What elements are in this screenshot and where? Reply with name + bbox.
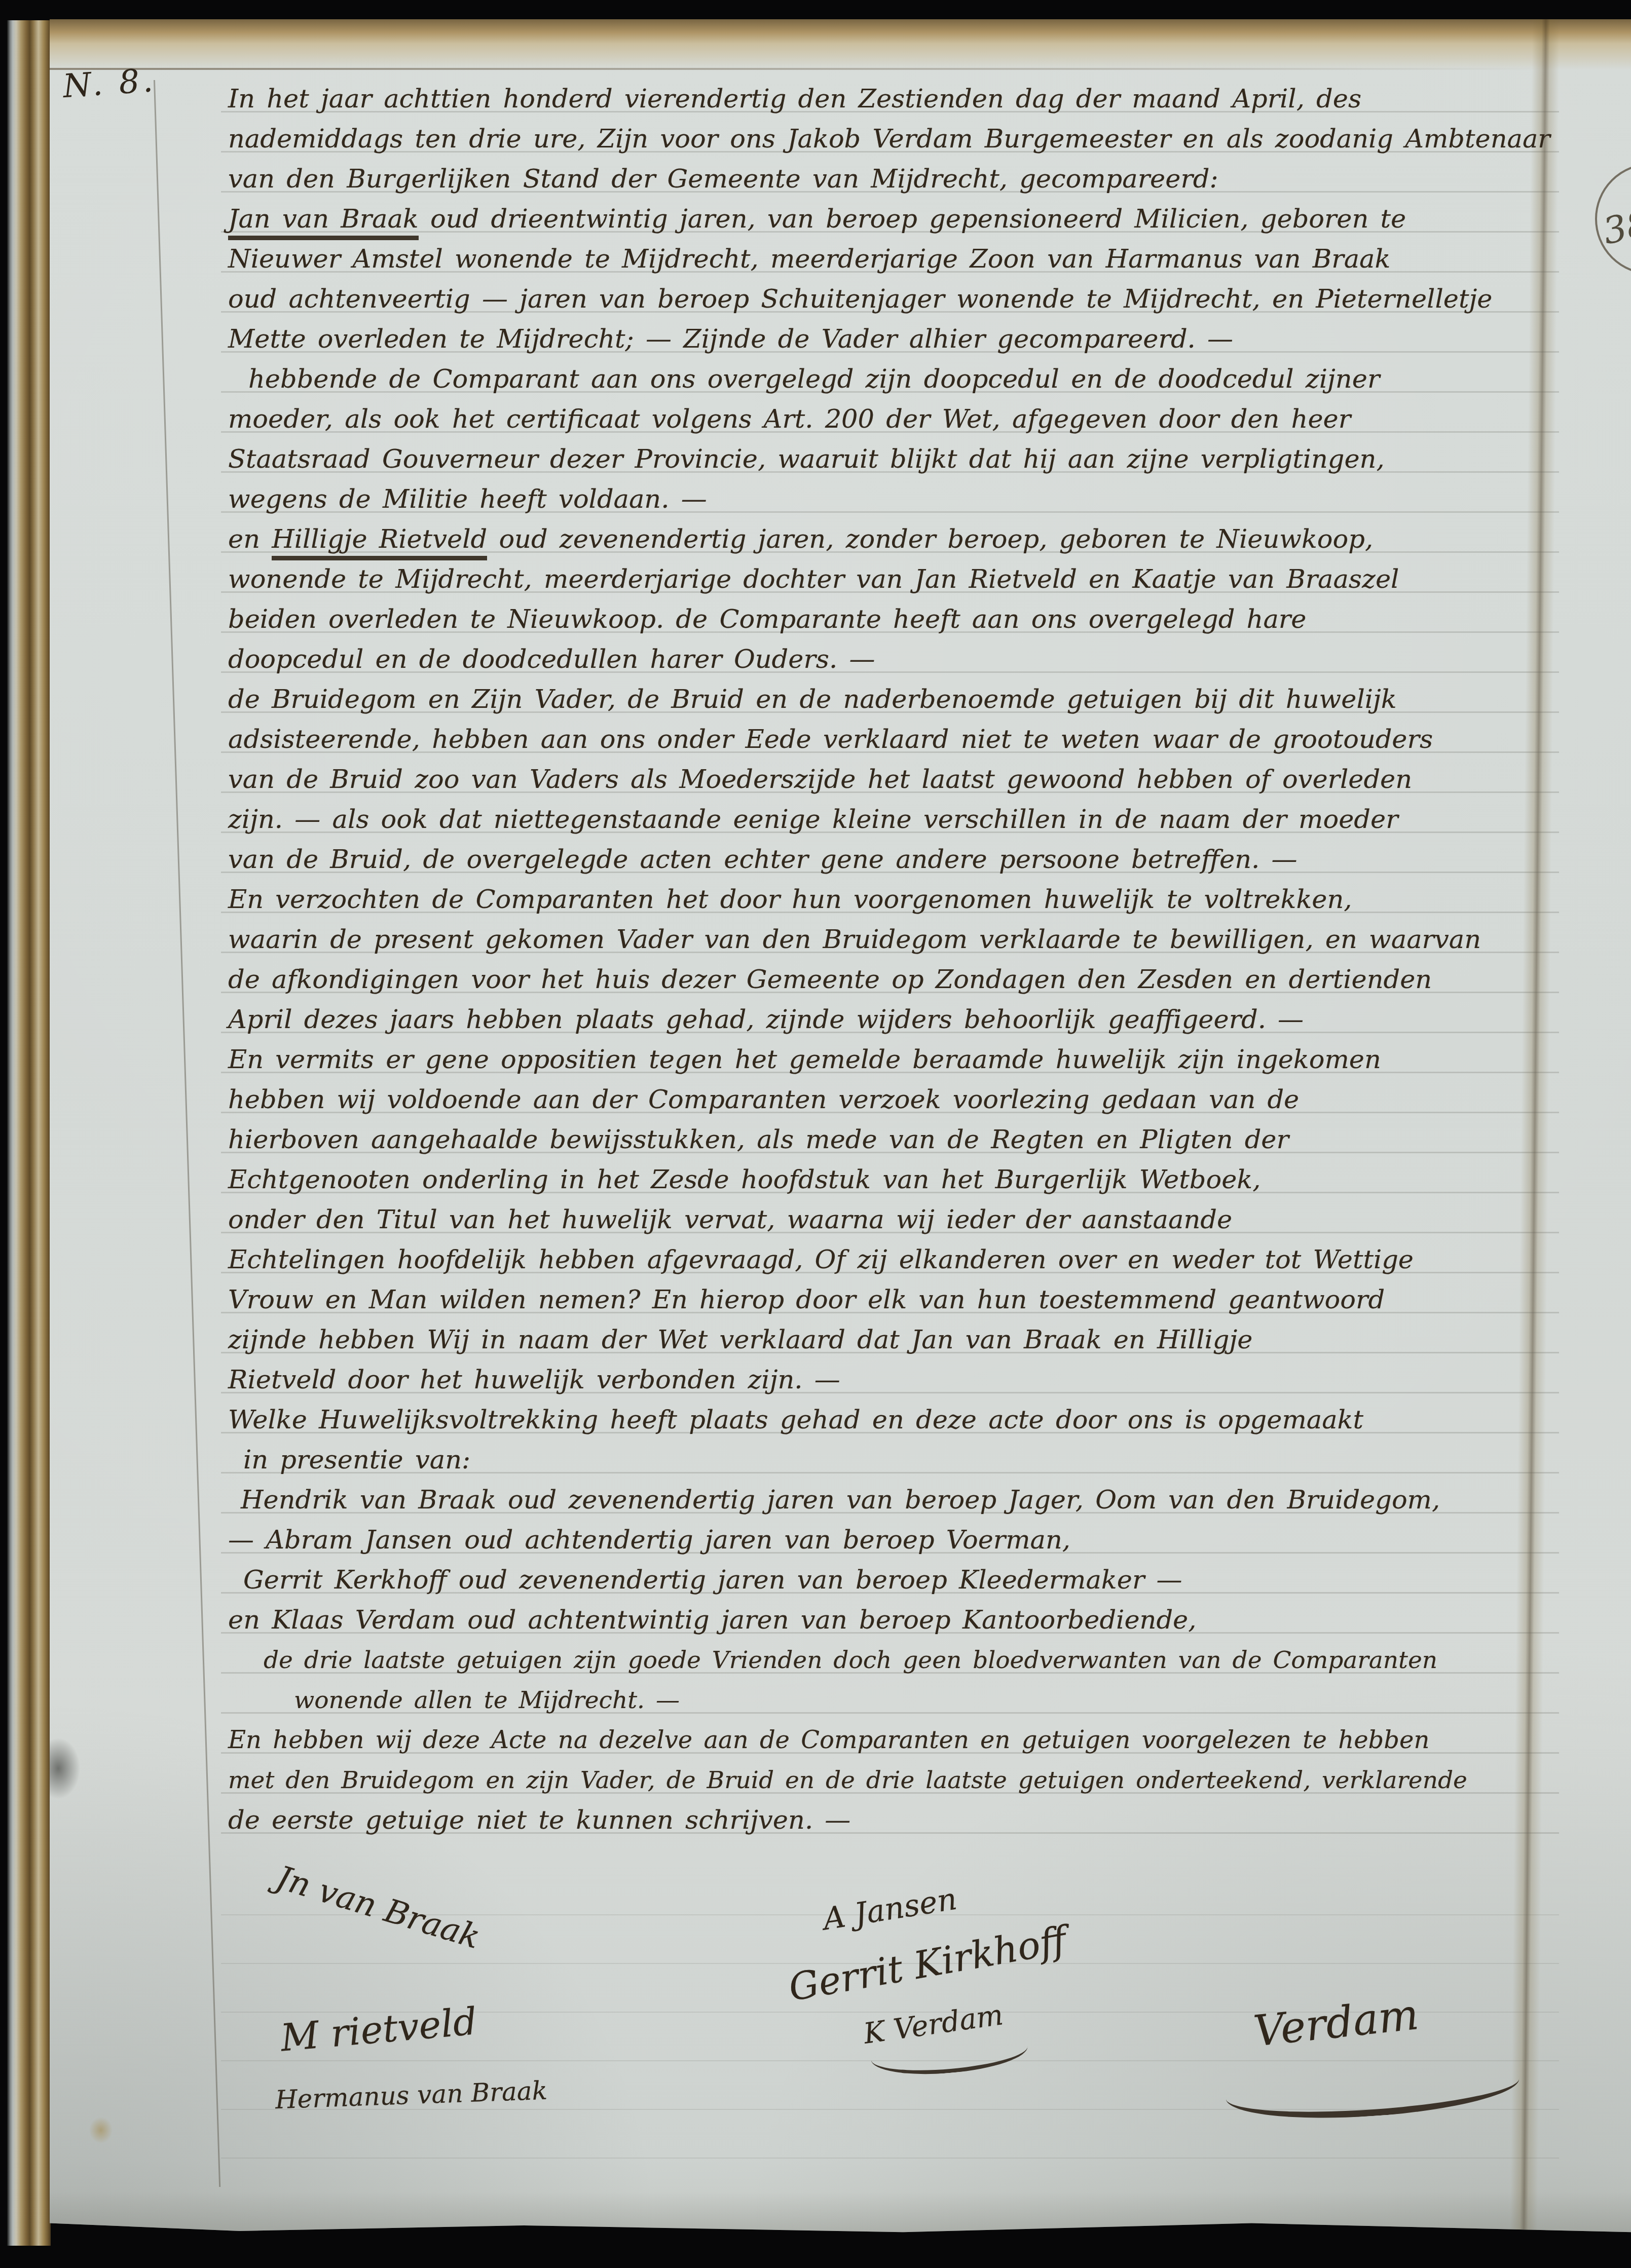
text-line: Staatsraad Gouverneur dezer Provincie, w…	[228, 439, 1597, 479]
text-line: de afkondigingen voor het huis dezer Gem…	[228, 960, 1597, 1000]
margin-rule-line	[154, 80, 220, 2187]
text-line: Mette overleden te Mijdrecht; — Zijnde d…	[228, 319, 1597, 359]
text-line: moeder, als ook het certificaat volgens …	[228, 399, 1597, 439]
text-line: oud achtenveertig — jaren van beroep Sch…	[228, 279, 1597, 319]
text-line: zijnde hebben Wij in naam der Wet verkla…	[228, 1320, 1597, 1360]
text-line: Echtelingen hoofdelijk hebben afgevraagd…	[228, 1240, 1597, 1280]
aged-top-edge	[50, 19, 1631, 70]
text-line: en Klaas Verdam oud achtentwintig jaren …	[228, 1600, 1597, 1640]
text-line: Jan van Braak oud drieentwintig jaren, v…	[228, 199, 1597, 239]
book-page-edges	[7, 20, 51, 2246]
text-line: Nieuwer Amstel wonende te Mijdrecht, mee…	[228, 239, 1597, 279]
ink-smudge-stain	[50, 1738, 80, 1799]
text-line: — Abram Jansen oud achtendertig jaren va…	[228, 1520, 1597, 1560]
text-line: waarin de present gekomen Vader van den …	[228, 920, 1597, 960]
text-line: wonende allen te Mijdrecht. —	[228, 1680, 1597, 1720]
text-line: En vermits er gene oppositien tegen het …	[228, 1040, 1597, 1080]
scanned-book-photo: { "colors": { "ink": "#32281c", "paper":…	[0, 0, 1631, 2268]
text-line: Hendrik van Braak oud zevenendertig jare…	[228, 1480, 1597, 1520]
text-line: Echtgenooten onderling in het Zesde hoof…	[228, 1160, 1597, 1200]
text-line: hierboven aangehaalde bewijsstukken, als…	[228, 1120, 1597, 1160]
text-line: hebben wij voldoende aan der Comparanten…	[228, 1080, 1597, 1120]
text-line: adsisteerende, hebben aan ons onder Eede…	[228, 720, 1597, 760]
text-line: van den Burgerlijken Stand der Gemeente …	[228, 159, 1597, 199]
round-stamp: 38	[1595, 163, 1631, 275]
bottom-edge-shading	[50, 2192, 1631, 2248]
act-number: N. 8.	[62, 62, 157, 106]
text-line: van de Bruid, de overgelegde acten echte…	[228, 840, 1597, 880]
text-line: En hebben wij deze Acte na dezelve aan d…	[228, 1720, 1597, 1760]
text-line: de Bruidegom en Zijn Vader, de Bruid en …	[228, 679, 1597, 720]
text-line: Rietveld door het huwelijk verbonden zij…	[228, 1360, 1597, 1400]
text-line: wonende te Mijdrecht, meerderjarige doch…	[228, 559, 1597, 599]
text-line: Gerrit Kerkhoff oud zevenendertig jaren …	[228, 1560, 1597, 1600]
text-line: beiden overleden te Nieuwkoop. de Compar…	[228, 599, 1597, 639]
text-line: van de Bruid zoo van Vaders als Moedersz…	[228, 760, 1597, 800]
text-line: wegens de Militie heeft voldaan. —	[228, 479, 1597, 519]
body-lines: In het jaar achttien honderd vierenderti…	[228, 79, 1597, 1840]
text-line: doopcedul en de doodcedullen harer Ouder…	[228, 639, 1597, 679]
text-line: hebbende de Comparant aan ons overgelegd…	[228, 359, 1597, 399]
text-line: en Hilligje Rietveld oud zevenendertig j…	[228, 519, 1597, 559]
text-line: Vrouw en Man wilden nemen? En hierop doo…	[228, 1280, 1597, 1320]
text-line: nademiddags ten drie ure, Zijn voor ons …	[228, 119, 1597, 159]
text-line: onder den Titul van het huwelijk vervat,…	[228, 1200, 1597, 1240]
text-line: de drie laatste getuigen zijn goede Vrie…	[228, 1640, 1597, 1680]
yellow-stain	[89, 2117, 113, 2143]
text-line: In het jaar achttien honderd vierenderti…	[228, 79, 1597, 119]
document-page: N. 8. 38 In het jaar achttien honderd vi…	[50, 19, 1631, 2248]
text-line: de eerste getuige niet te kunnen schrijv…	[228, 1800, 1597, 1840]
text-line: En verzochten de Comparanten het door hu…	[228, 880, 1597, 920]
text-line: Welke Huwelijksvoltrekking heeft plaats …	[228, 1400, 1597, 1440]
text-line: zijn. — als ook dat niettegenstaande een…	[228, 800, 1597, 840]
text-line: met den Bruidegom en zijn Vader, de Brui…	[228, 1760, 1597, 1800]
top-edge-shadow-line	[50, 68, 1550, 70]
stamp-number: 38	[1599, 201, 1631, 252]
text-line: April dezes jaars hebben plaats gehad, z…	[228, 1000, 1597, 1040]
text-line: in presentie van:	[228, 1440, 1597, 1480]
